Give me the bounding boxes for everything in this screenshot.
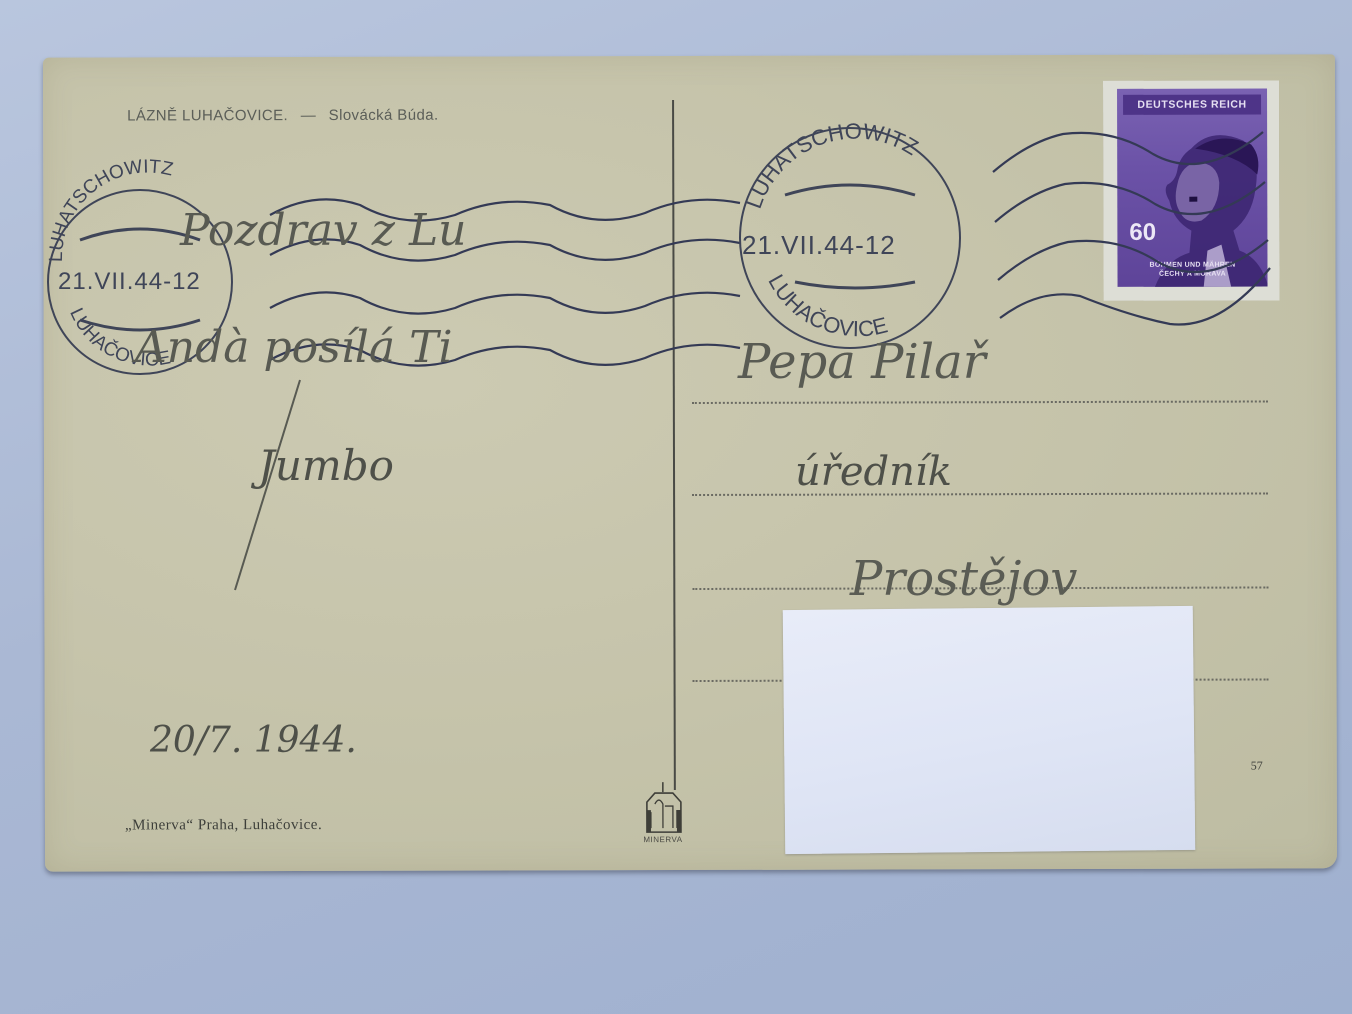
stamp-value: 60: [1129, 219, 1156, 247]
center-divider: [672, 100, 676, 790]
stamp-issuer: BÖHMEN UND MÄHREN ČECHY A MORAVA: [1121, 260, 1263, 278]
redaction-sticker: [783, 606, 1196, 854]
stamp-design: DEUTSCHES REICH 60 BÖHMEN UND MÄHREN ČEC…: [1117, 88, 1268, 286]
heading-separator: —: [301, 107, 316, 124]
heading-subject: Slovácká Búda.: [329, 107, 439, 124]
publisher-imprint: „Minerva“ Praha, Luhačovice.: [125, 817, 322, 835]
stamp-issuer-line1: BÖHMEN UND MÄHREN: [1121, 260, 1263, 269]
address-line-2: [692, 492, 1268, 496]
stamp-country: DEUTSCHES REICH: [1123, 95, 1261, 115]
address-line-3: [692, 586, 1268, 590]
postcard-heading: LÁZNĚ LUHAČOVICE. — Slovácká Búda.: [127, 107, 438, 125]
address-line-1: [692, 400, 1268, 404]
catalog-number: 57: [1251, 759, 1263, 774]
logo-text: MINERVA: [636, 835, 690, 844]
stamp-issuer-line2: ČECHY A MORAVA: [1121, 269, 1263, 278]
heading-place: LÁZNĚ LUHAČOVICE.: [127, 107, 288, 124]
postage-stamp: DEUTSCHES REICH 60 BÖHMEN UND MÄHREN ČEC…: [1103, 80, 1280, 300]
